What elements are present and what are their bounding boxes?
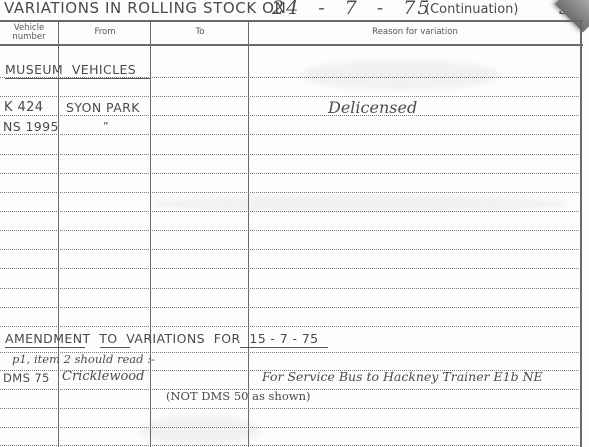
reason-for-variation: For Service Bus to Hackney Trainer E1b N… <box>262 369 543 384</box>
ruled-line <box>0 307 581 308</box>
reason-for-variation: (NOT DMS 50 as shown) <box>166 389 311 403</box>
scanned-document-page: VARIATIONS IN ROLLING STOCK ON 24 - 7 - … <box>0 0 589 447</box>
section-heading-underline <box>100 347 130 348</box>
section-heading-museum-vehicles: MUSEUM VEHICLES <box>5 62 136 77</box>
column-header-to: To <box>152 28 248 37</box>
ruled-line <box>0 154 581 155</box>
continuation-label: (Continuation) <box>425 2 518 17</box>
scan-smudge <box>140 415 260 445</box>
ruled-line <box>0 230 581 231</box>
scan-smudge <box>300 60 500 90</box>
vehicle-number: NS 1995 <box>3 119 59 134</box>
header-top-rule <box>0 20 583 22</box>
ruled-line <box>0 408 581 409</box>
document-date: 24 - 7 - 75 <box>272 0 431 19</box>
column-header-reason: Reason for variation <box>250 28 580 37</box>
ruled-line <box>0 326 581 327</box>
from-location: Cricklewood <box>62 369 144 384</box>
from-location: SYON PARK <box>66 100 140 115</box>
ruled-line <box>0 427 581 428</box>
column-header-from: From <box>60 28 150 37</box>
ruled-line <box>0 134 581 135</box>
section-heading-underline <box>240 347 328 348</box>
ruled-line <box>0 445 581 446</box>
header-bottom-rule <box>0 44 583 46</box>
document-title: VARIATIONS IN ROLLING STOCK ON <box>4 0 286 17</box>
section-heading-amendment: AMENDMENT TO VARIATIONS FOR 15 - 7 - 75 <box>5 331 318 346</box>
ruled-line <box>0 268 581 269</box>
ruled-line <box>0 173 581 174</box>
column-divider-from <box>150 20 151 447</box>
column-header-vehicle-number: Vehicle number <box>4 24 54 42</box>
section-heading-underline <box>5 347 85 348</box>
column-divider-to <box>248 20 249 447</box>
ruled-line <box>0 211 581 212</box>
right-border <box>580 20 582 447</box>
ruled-line <box>0 96 581 97</box>
reason-for-variation: Delicensed <box>328 98 417 117</box>
vehicle-number: K 424 <box>4 100 43 115</box>
ruled-line <box>0 192 581 193</box>
ruled-line <box>0 115 581 116</box>
ditto-mark: ” <box>103 120 109 133</box>
amendment-note: p1, item 2 should read :- <box>12 352 155 366</box>
column-divider-vehicle <box>58 20 59 447</box>
vehicle-number: DMS 75 <box>3 371 50 385</box>
section-heading-underline <box>5 78 150 79</box>
ruled-line <box>0 288 581 289</box>
ruled-line <box>0 249 581 250</box>
